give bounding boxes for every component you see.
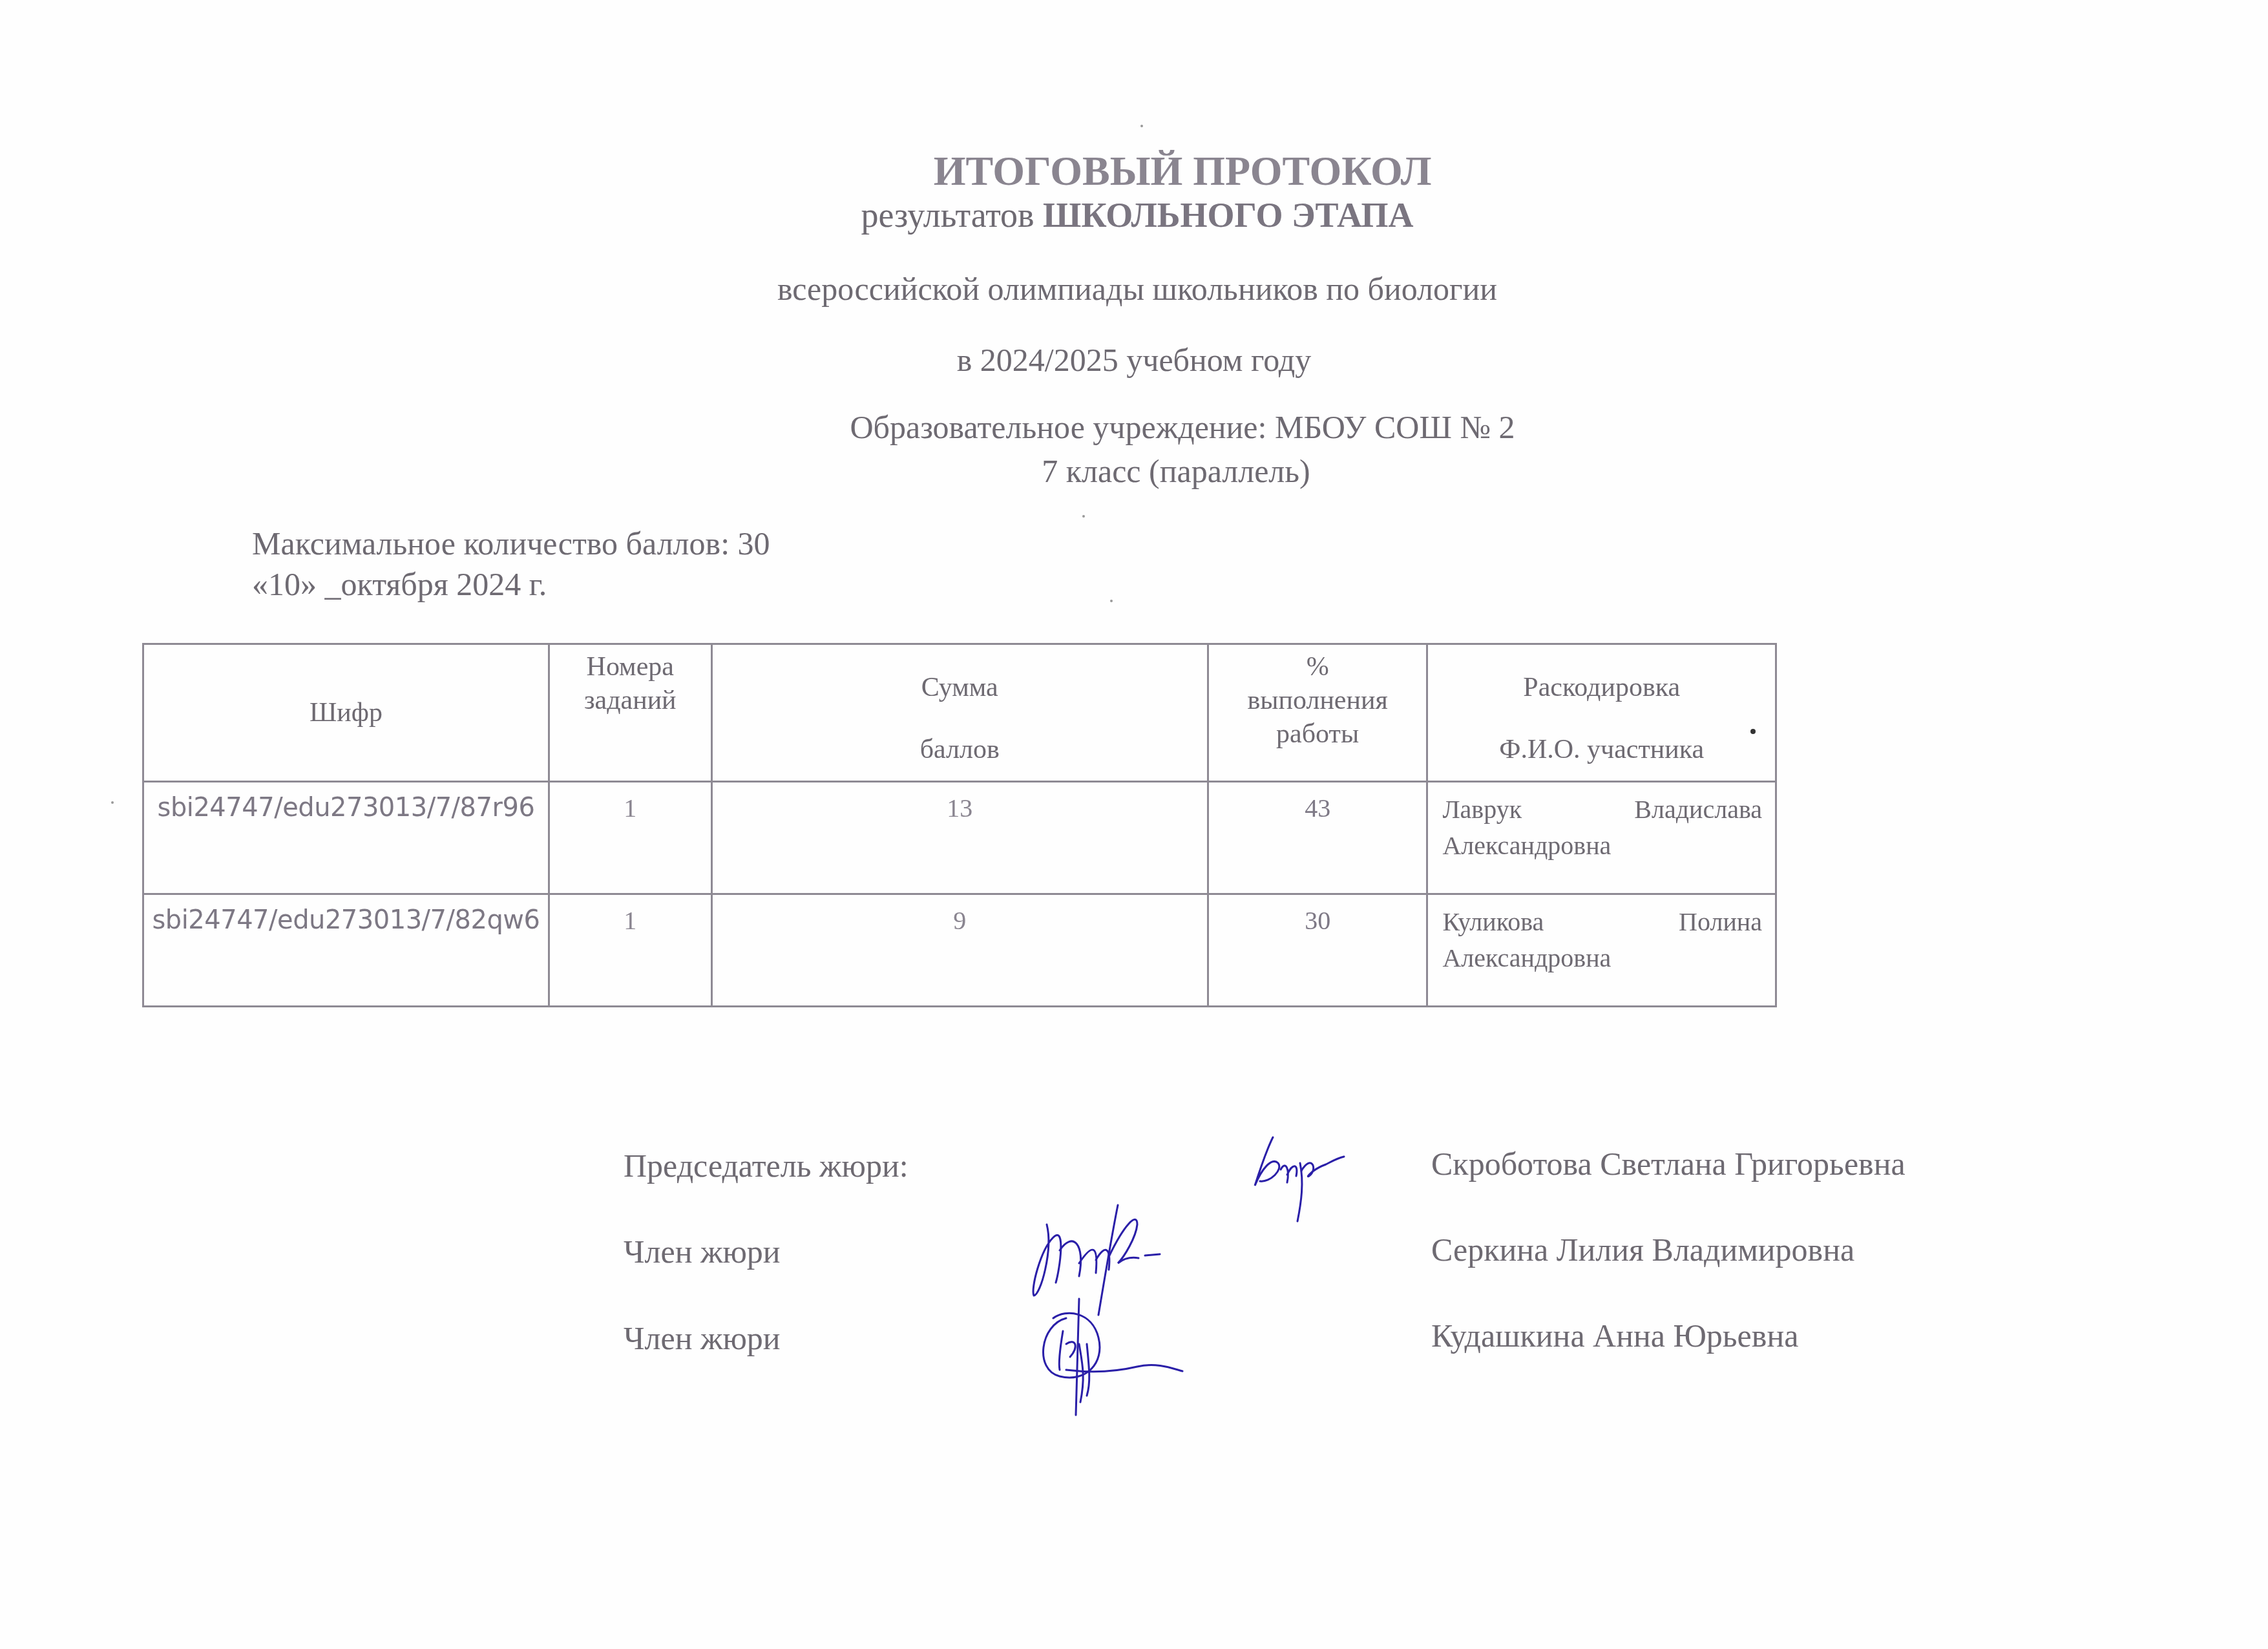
header-score-sum: Сумма баллов xyxy=(711,644,1208,782)
olympiad-line: всероссийской олимпиады школьников по би… xyxy=(711,270,1564,308)
ink-dot xyxy=(1750,729,1756,734)
institution-line: Образовательное учреждение: МБОУ СОШ № 2 xyxy=(788,408,1577,446)
header-percent-line1: % xyxy=(1307,650,1329,684)
scan-speck xyxy=(111,801,114,804)
cell-cipher: sbi24747/edu273013/7/82qw6 xyxy=(143,894,549,1007)
header-task-numbers-line1: Номера xyxy=(587,650,674,684)
header-decoding-line1: Раскодировка xyxy=(1523,656,1680,719)
max-score: Максимальное количество баллов: 30 xyxy=(252,525,770,562)
cell-percent: 30 xyxy=(1208,894,1427,1007)
table-row: sbi24747/edu273013/7/87r96 1 13 43 Лавру… xyxy=(143,782,1776,894)
cell-task-number: 1 xyxy=(549,782,711,894)
header-decoding-line2: Ф.И.О. участника xyxy=(1499,719,1704,781)
header-percent: % выполнения работы xyxy=(1208,644,1427,782)
scan-speck xyxy=(1140,125,1143,127)
header-score-sum-line2: баллов xyxy=(920,719,1000,781)
header-decoding: Раскодировка Ф.И.О. участника xyxy=(1427,644,1776,782)
subtitle-prefix: результатов xyxy=(861,196,1034,235)
signature-icon xyxy=(1027,1299,1221,1428)
results-table: Шифр Номера заданий Сумма баллов % выпол… xyxy=(142,643,1777,1007)
cell-score: 13 xyxy=(711,782,1208,894)
cell-cipher: sbi24747/edu273013/7/87r96 xyxy=(143,782,549,894)
cell-task-number: 1 xyxy=(549,894,711,1007)
cell-participant-name: Куликова Полина Александровна xyxy=(1427,894,1776,1007)
document-subtitle: результатов ШКОЛЬНОГО ЭТАПА xyxy=(827,195,1447,235)
scan-speck xyxy=(1110,600,1113,602)
subtitle-stage: ШКОЛЬНОГО ЭТАПА xyxy=(1043,196,1414,235)
protocol-date: «10» _октября 2024 г. xyxy=(252,565,547,603)
participant-patronymic: Александровна xyxy=(1442,940,1762,976)
cell-percent: 43 xyxy=(1208,782,1427,894)
table-row: sbi24747/edu273013/7/82qw6 1 9 30 Кулико… xyxy=(143,894,1776,1007)
cell-participant-name: Лаврук Владислава Александровна xyxy=(1427,782,1776,894)
signature-icon xyxy=(1247,1124,1376,1234)
scan-speck xyxy=(1082,515,1085,518)
participant-patronymic: Александровна xyxy=(1442,828,1762,864)
participant-first-name: Полина xyxy=(1679,904,1762,940)
document-title: ИТОГОВЫЙ ПРОТОКОЛ xyxy=(911,147,1454,195)
header-task-numbers-line2: заданий xyxy=(584,684,677,717)
participant-surname: Куликова xyxy=(1442,904,1544,940)
header-percent-line3: работы xyxy=(1276,717,1359,751)
jury-role-member-1: Член жюри xyxy=(624,1233,781,1270)
header-task-numbers: Номера заданий xyxy=(549,644,711,782)
jury-name-chair: Скроботова Светлана Григорьевна xyxy=(1431,1145,1906,1182)
table-header-row: Шифр Номера заданий Сумма баллов % выпол… xyxy=(143,644,1776,782)
grade-line: 7 класс (параллель) xyxy=(1008,452,1344,490)
cell-score: 9 xyxy=(711,894,1208,1007)
participant-first-name: Владислава xyxy=(1634,792,1762,828)
participant-surname: Лаврук xyxy=(1442,792,1522,828)
jury-role-chair: Председатель жюри: xyxy=(624,1147,908,1184)
jury-role-member-2: Член жюри xyxy=(624,1319,781,1357)
header-score-sum-line1: Сумма xyxy=(921,656,998,719)
jury-name-member-1: Серкина Лилия Владимировна xyxy=(1431,1231,1854,1268)
header-percent-line2: выполнения xyxy=(1247,684,1387,717)
header-cipher: Шифр xyxy=(143,644,549,782)
academic-year: в 2024/2025 учебном году xyxy=(924,341,1344,379)
jury-name-member-2: Кудашкина Анна Юрьевна xyxy=(1431,1317,1798,1354)
